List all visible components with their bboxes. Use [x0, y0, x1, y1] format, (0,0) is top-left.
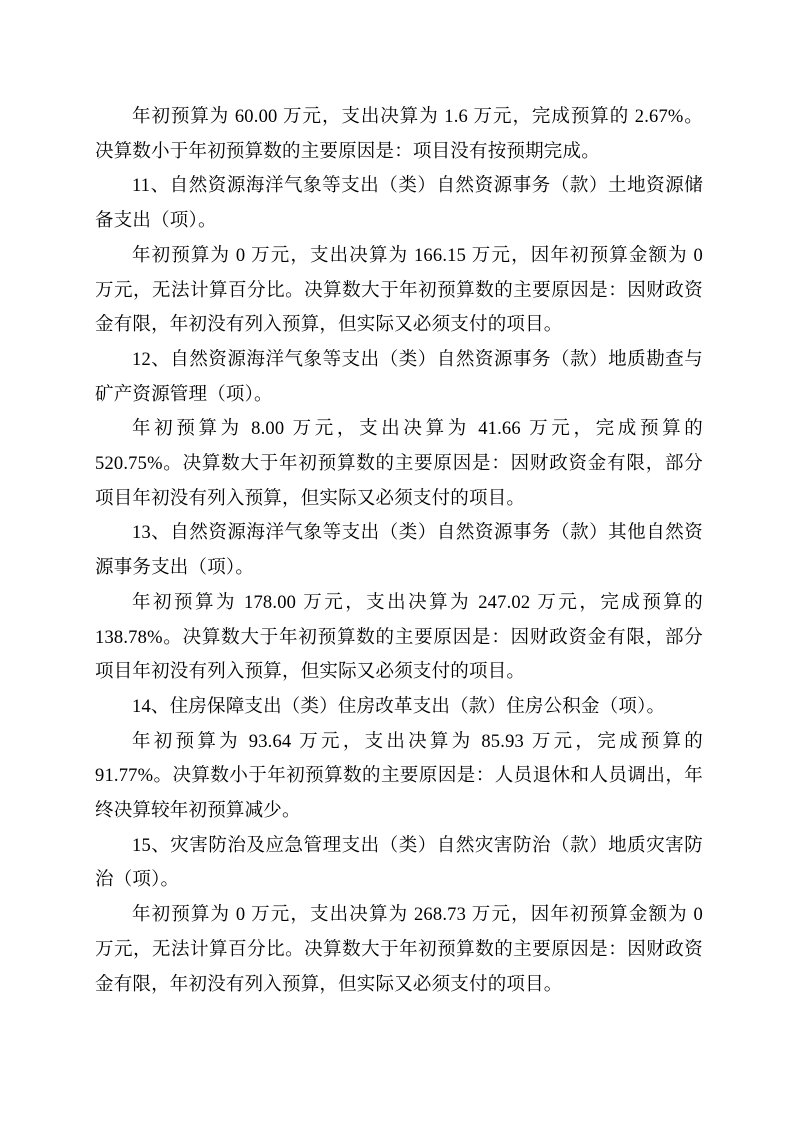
text-line: 14、住房保障支出（类）住房改革支出（款）住房公积金（项）。: [95, 690, 703, 725]
text-line: 决算数小于年初预算数的主要原因是：项目没有按预期完成。: [95, 135, 703, 170]
text-line: 终决算较年初预算减少。: [95, 794, 703, 829]
text-line: 年初预算为 93.64 万元，支出决算为 85.93 万元，完成预算的: [95, 725, 703, 760]
text-line: 年初预算为 60.00 万元，支出决算为 1.6 万元，完成预算的 2.67%。: [95, 100, 703, 135]
text-line: 万元，无法计算百分比。决算数大于年初预算数的主要原因是：因财政资: [95, 933, 703, 968]
text-line: 91.77%。决算数小于年初预算数的主要原因是：人员退休和人员调出，年: [95, 759, 703, 794]
text-line: 年初预算为 0 万元，支出决算为 268.73 万元，因年初预算金额为 0: [95, 898, 703, 933]
text-line: 13、自然资源海洋气象等支出（类）自然资源事务（款）其他自然资: [95, 516, 703, 551]
text-line: 备支出（项）。: [95, 204, 703, 239]
text-line: 12、自然资源海洋气象等支出（类）自然资源事务（款）地质勘查与: [95, 343, 703, 378]
text-line: 万元，无法计算百分比。决算数大于年初预算数的主要原因是：因财政资: [95, 274, 703, 309]
text-line: 138.78%。决算数大于年初预算数的主要原因是：因财政资金有限，部分: [95, 621, 703, 656]
text-line: 项目年初没有列入预算，但实际又必须支付的项目。: [95, 482, 703, 517]
text-line: 11、自然资源海洋气象等支出（类）自然资源事务（款）土地资源储: [95, 169, 703, 204]
document-text-block: 年初预算为 60.00 万元，支出决算为 1.6 万元，完成预算的 2.67%。…: [95, 100, 703, 1002]
text-line: 金有限，年初没有列入预算，但实际又必须支付的项目。: [95, 308, 703, 343]
text-line: 15、灾害防治及应急管理支出（类）自然灾害防治（款）地质灾害防: [95, 829, 703, 864]
text-line: 源事务支出（项）。: [95, 551, 703, 586]
text-line: 520.75%。决算数大于年初预算数的主要原因是：因财政资金有限，部分: [95, 447, 703, 482]
text-line: 年初预算为 0 万元，支出决算为 166.15 万元，因年初预算金额为 0: [95, 239, 703, 274]
text-line: 项目年初没有列入预算，但实际又必须支付的项目。: [95, 655, 703, 690]
text-line: 年初预算为 8.00 万元，支出决算为 41.66 万元，完成预算的: [95, 412, 703, 447]
text-line: 矿产资源管理（项）。: [95, 378, 703, 413]
document-page: 年初预算为 60.00 万元，支出决算为 1.6 万元，完成预算的 2.67%。…: [0, 0, 793, 1122]
text-line: 金有限，年初没有列入预算，但实际又必须支付的项目。: [95, 968, 703, 1003]
text-line: 年初预算为 178.00 万元，支出决算为 247.02 万元，完成预算的: [95, 586, 703, 621]
text-line: 治（项）。: [95, 863, 703, 898]
